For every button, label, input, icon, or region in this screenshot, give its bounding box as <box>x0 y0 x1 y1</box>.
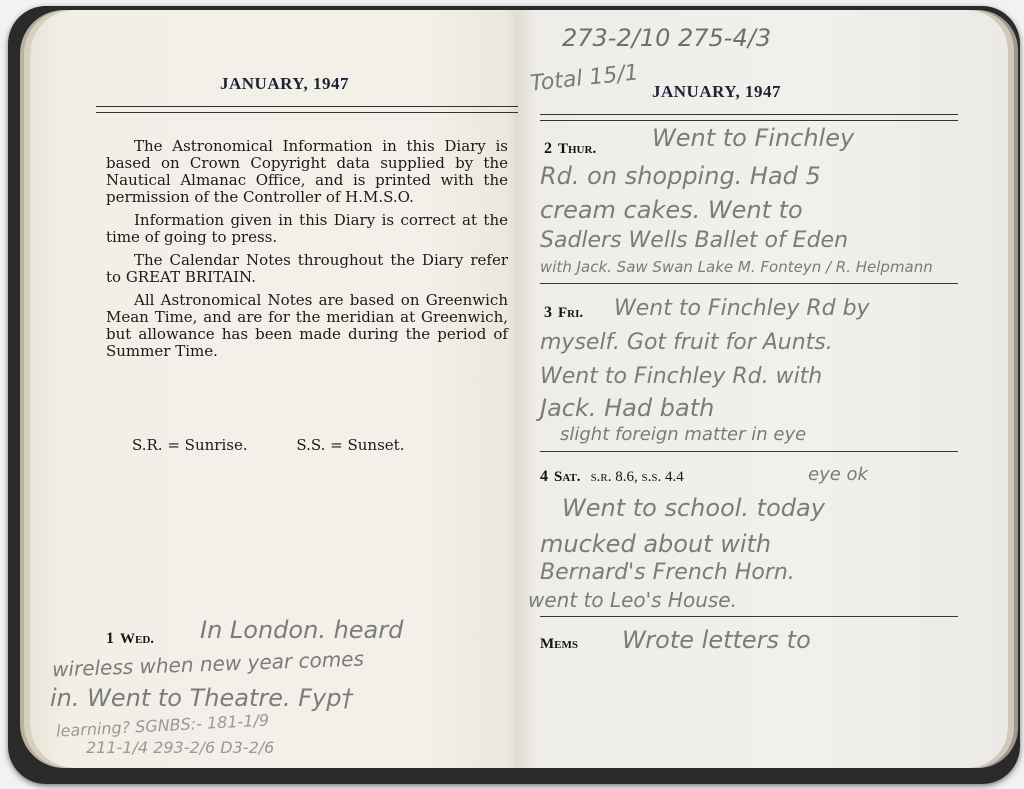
entry-divider <box>540 616 958 617</box>
day-label-thur: 2Thur. <box>544 140 596 158</box>
day-number: 3 <box>544 304 552 321</box>
paragraph-astronomical-info: The Astronomical Information in this Dia… <box>106 138 508 206</box>
paragraph-correctness: Information given in this Diary is corre… <box>106 212 508 246</box>
handwriting-sat-line5: went to Leo's House. <box>528 588 737 612</box>
handwriting-fri-line1: Went to Finchley Rd by <box>614 296 870 321</box>
handwriting-thur-line1: Went to Finchley <box>652 124 854 152</box>
paragraph-gmt: All Astronomical Notes are based on Gree… <box>106 292 508 360</box>
right-page-header: JANUARY, 1947 <box>652 82 781 102</box>
entry-divider <box>540 283 958 284</box>
handwriting-fri-line2: myself. Got fruit for Aunts. <box>540 330 833 355</box>
day-number: 4 <box>540 468 548 485</box>
day-name: Thur. <box>558 141 596 157</box>
handwriting-wed-line3: in. Went to Theatre. Fyp† <box>50 684 354 712</box>
handwriting-wed-line1: In London. heard <box>200 616 403 644</box>
handwriting-thur-line4: Sadlers Wells Ballet of Eden <box>540 228 848 253</box>
mems-label: Mems <box>540 636 578 653</box>
handwriting-fri-line5: slight foreign matter in eye <box>560 424 806 445</box>
handwriting-thur-line2: Rd. on shopping. Had 5 <box>540 162 821 190</box>
entry-divider <box>540 451 958 452</box>
day-name: Fri. <box>558 305 583 321</box>
handwriting-fri-line4: Jack. Had bath <box>540 394 714 422</box>
day-number: 1 <box>106 630 114 647</box>
sunrise-sunset-times: s.r. 8.6, s.s. 4.4 <box>591 469 684 485</box>
intro-text: The Astronomical Information in this Dia… <box>106 138 508 366</box>
paragraph-calendar-notes: The Calendar Notes throughout the Diary … <box>106 252 508 286</box>
left-page-header: JANUARY, 1947 <box>220 74 349 94</box>
header-rule <box>540 114 958 121</box>
day-number: 2 <box>544 140 552 157</box>
abbreviations: S.R. = Sunrise. S.S. = Sunset. <box>132 436 448 454</box>
sunset-abbreviation: S.S. = Sunset. <box>296 436 404 454</box>
top-margin-note: 273-2/10 275-4/3 <box>562 24 771 52</box>
handwriting-sat-line4: Bernard's French Horn. <box>540 560 795 585</box>
handwriting-sat-line1: eye ok <box>808 464 868 485</box>
handwriting-sat-line3: mucked about with <box>540 530 771 558</box>
day-label-wed: 1Wed. <box>106 630 154 648</box>
handwriting-sat-line2: Went to school. today <box>562 494 825 522</box>
handwriting-wed-line5: 211-1/4 293-2/6 D3-2/6 <box>86 738 274 757</box>
handwriting-fri-line3: Went to Finchley Rd. with <box>540 364 822 389</box>
day-name: Wed. <box>120 631 154 647</box>
day-label-sat: 4Sat.s.r. 8.6, s.s. 4.4 <box>540 468 684 486</box>
handwriting-thur-line3: cream cakes. Went to <box>540 196 803 224</box>
handwriting-thur-line5: with Jack. Saw Swan Lake M. Fonteyn / R.… <box>540 258 933 276</box>
day-label-fri: 3Fri. <box>544 304 583 322</box>
day-name: Sat. <box>554 469 581 485</box>
header-rule <box>96 106 520 113</box>
handwriting-mems: Wrote letters to <box>622 626 811 654</box>
sunrise-abbreviation: S.R. = Sunrise. <box>132 436 248 454</box>
